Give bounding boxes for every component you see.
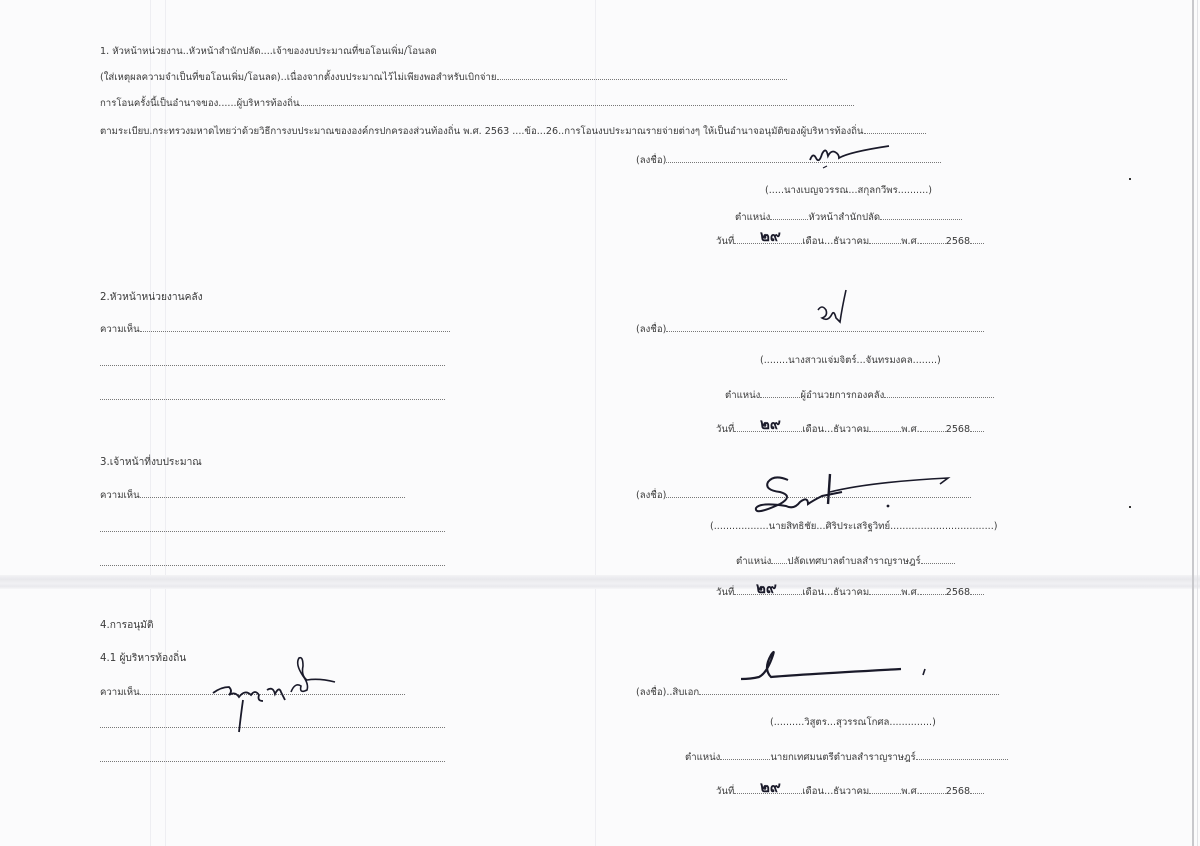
fill-line	[916, 750, 1008, 760]
opinion-line	[100, 356, 445, 371]
fill-line	[869, 784, 901, 794]
signer-name: (.....นางเบญจวรรณ...สกุลกวีพร..........)	[765, 184, 932, 198]
position-value: ปลัดเทศบาลตำบลสำราญราษฎร์	[787, 556, 920, 567]
fill-line	[100, 556, 445, 566]
fill-line	[770, 210, 808, 220]
position-row: ตำแหน่งปลัดเทศบาลตำบลสำราญราษฎร์	[736, 554, 955, 569]
page-edge	[1192, 0, 1194, 846]
fill-line	[497, 70, 787, 80]
fill-line	[970, 422, 984, 432]
signer-name: (..................นายสิทธิชัย...ศิริประ…	[710, 520, 998, 534]
opinion-label: ความเห็น	[100, 324, 140, 335]
year-label: พ.ศ.	[901, 786, 920, 797]
month-value: ธันวาคม	[833, 424, 869, 435]
signature-line	[666, 153, 941, 163]
opinion-line	[100, 522, 445, 537]
date-row: วันที่เดือน...ธันวาคมพ.ศ.2568	[716, 234, 984, 249]
signature-3	[750, 470, 960, 520]
section4-sign-row: (ลงชื่อ)..สิบเอก	[636, 685, 999, 700]
section1-line4: ตามระเบียบ.กระทรวงมหาดไทยว่าด้วยวิธีการง…	[100, 124, 926, 139]
section1-line1: 1. หัวหน้าหน่วยงาน..หัวหน้าสำนักปลัด....…	[100, 45, 437, 59]
opinion-line	[100, 752, 445, 767]
signature-4	[735, 645, 935, 685]
signer-name: (........นางสาวแจ่มจิตร์...จันทรมงคล....…	[760, 354, 941, 368]
fill-line	[921, 554, 955, 564]
fill-line	[299, 96, 854, 106]
fill-line	[970, 234, 984, 244]
date-row: วันที่เดือน...ธันวาคมพ.ศ.2568	[716, 784, 984, 799]
year-value: 2568	[946, 587, 970, 598]
section4-heading: 4.การอนุมัติ	[100, 619, 154, 633]
fill-line	[920, 234, 946, 244]
handwritten-day: ๒๙	[760, 775, 781, 799]
fill-line	[100, 356, 445, 366]
fill-line	[869, 422, 901, 432]
regulation-text: ตามระเบียบ.กระทรวงมหาดไทยว่าด้วยวิธีการง…	[100, 126, 864, 137]
position-value: ผู้อำนวยการกองคลัง	[800, 390, 884, 401]
opinion-label: ความเห็น	[100, 490, 140, 501]
position-label: ตำแหน่ง	[725, 390, 760, 401]
sign-label: (ลงชื่อ)..สิบเอก	[636, 687, 699, 698]
fill-line	[920, 585, 946, 595]
section1-line2: (ใส่เหตุผลความจำเป็นที่ขอโอนเพิ่ม/โอนลด)…	[100, 70, 787, 85]
position-label: ตำแหน่ง	[735, 212, 770, 223]
scan-speck	[1129, 178, 1131, 180]
date-label: วันที่	[716, 236, 734, 247]
opinion-line	[100, 390, 445, 405]
signature-4-opinion	[205, 648, 345, 733]
date-row: วันที่เดือน...ธันวาคมพ.ศ.2568	[716, 422, 984, 437]
fill-line	[864, 124, 926, 134]
signer-name: (..........วิสูตร...สุวรรณโกศล..........…	[770, 716, 936, 730]
handwritten-day: ๒๙	[760, 412, 781, 436]
year-label: พ.ศ.	[901, 587, 920, 598]
year-value: 2568	[946, 786, 970, 797]
position-label: ตำแหน่ง	[736, 556, 771, 567]
fill-line	[880, 210, 962, 220]
fill-line	[884, 388, 994, 398]
section2-heading: 2.หัวหน้าหน่วยงานคลัง	[100, 291, 203, 305]
month-value: ธันวาคม	[833, 236, 869, 247]
handwritten-day: ๒๙	[760, 224, 781, 248]
section1-sign-row: (ลงชื่อ)	[636, 153, 941, 168]
date-label: วันที่	[716, 786, 734, 797]
month-label: เดือน...	[802, 587, 833, 598]
year-value: 2568	[946, 424, 970, 435]
opinion-line	[140, 322, 450, 332]
opinion-row: ความเห็น	[100, 488, 405, 503]
fill-line	[100, 522, 445, 532]
month-label: เดือน...	[802, 424, 833, 435]
signature-line	[699, 685, 999, 695]
section4-subheading: 4.1 ผู้บริหารท้องถิ่น	[100, 652, 186, 666]
fill-line	[100, 390, 445, 400]
opinion-line	[140, 488, 405, 498]
section1-heading: 1. หัวหน้าหน่วยงาน..หัวหน้าสำนักปลัด....…	[100, 46, 437, 57]
date-label: วันที่	[716, 587, 734, 598]
position-row: ตำแหน่งนายกเทศมนตรีตำบลสำราญราษฎร์	[685, 750, 1008, 765]
section1-line3: การโอนครั้งนี้เป็นอำนาจของ......ผู้บริหา…	[100, 96, 854, 111]
year-label: พ.ศ.	[901, 424, 920, 435]
handwritten-day: ๒๙	[756, 576, 777, 600]
year-label: พ.ศ.	[901, 236, 920, 247]
scan-speck	[1129, 506, 1131, 508]
fill-line	[869, 585, 901, 595]
position-value: หัวหน้าสำนักปลัด	[808, 212, 880, 223]
sign-label: (ลงชื่อ)	[636, 324, 666, 335]
fill-line	[100, 752, 445, 762]
position-row: ตำแหน่งผู้อำนวยการกองคลัง	[725, 388, 994, 403]
date-label: วันที่	[716, 424, 734, 435]
signature-1	[805, 140, 895, 170]
fill-line	[869, 234, 901, 244]
authority-text: การโอนครั้งนี้เป็นอำนาจของ......ผู้บริหา…	[100, 98, 299, 109]
month-label: เดือน...	[802, 236, 833, 247]
scanned-form-page: 1. หัวหน้าหน่วยงาน..หัวหน้าสำนักปลัด....…	[0, 0, 1200, 846]
page-edge	[1197, 0, 1198, 846]
fill-line	[970, 585, 984, 595]
signature-2	[810, 285, 860, 335]
fill-line	[970, 784, 984, 794]
section3-heading: 3.เจ้าหน้าที่งบประมาณ	[100, 456, 202, 470]
sign-label: (ลงชื่อ)	[636, 490, 666, 501]
month-value: ธันวาคม	[833, 786, 869, 797]
position-label: ตำแหน่ง	[685, 752, 720, 763]
fill-line	[920, 422, 946, 432]
opinion-row: ความเห็น	[100, 322, 450, 337]
fill-line	[720, 750, 770, 760]
fill-line	[771, 554, 787, 564]
position-row: ตำแหน่งหัวหน้าสำนักปลัด	[735, 210, 962, 225]
reason-text: (ใส่เหตุผลความจำเป็นที่ขอโอนเพิ่ม/โอนลด)…	[100, 72, 497, 83]
opinion-label: ความเห็น	[100, 687, 140, 698]
sign-label: (ลงชื่อ)	[636, 155, 666, 166]
year-value: 2568	[946, 236, 970, 247]
opinion-line	[100, 556, 445, 571]
month-label: เดือน...	[802, 786, 833, 797]
fill-line	[760, 388, 800, 398]
fill-line	[920, 784, 946, 794]
position-value: นายกเทศมนตรีตำบลสำราญราษฎร์	[770, 752, 915, 763]
scan-artifact-band	[0, 575, 1200, 589]
month-value: ธันวาคม	[833, 587, 869, 598]
